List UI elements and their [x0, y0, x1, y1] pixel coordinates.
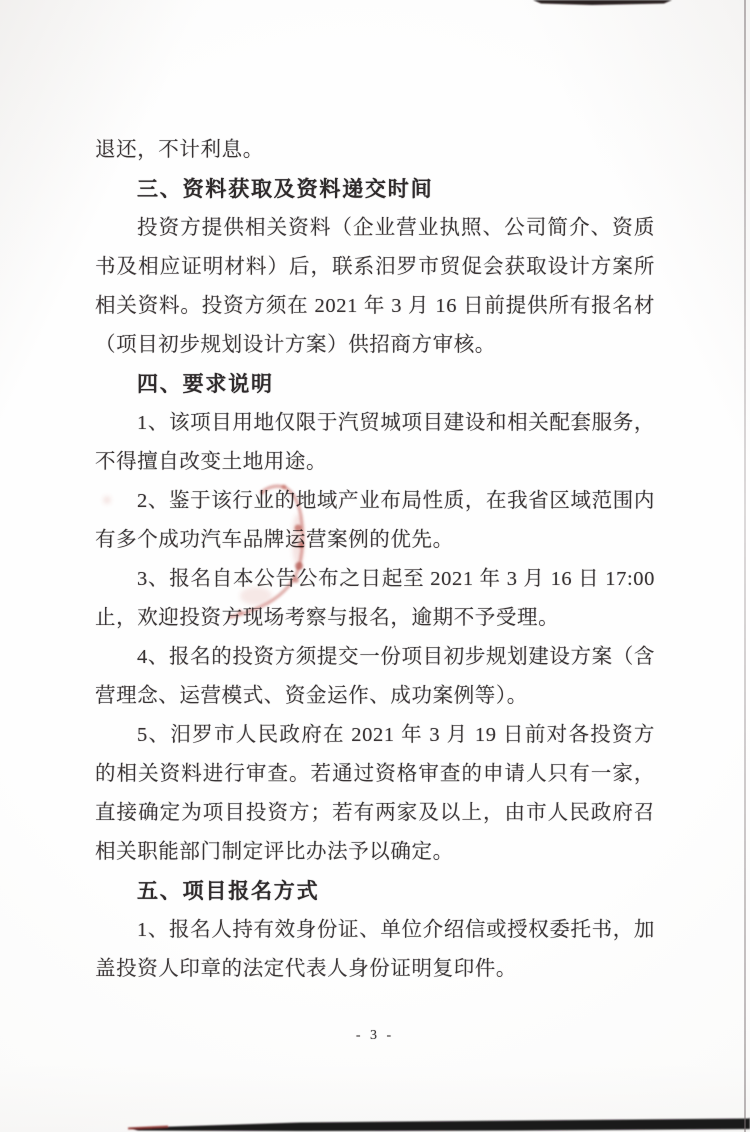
- text-line: 相关资料。投资方须在 2021 年 3 月 16 日前提供所有报名材料: [95, 287, 655, 326]
- section-heading: 五、项目报名方式: [95, 872, 655, 911]
- text-line: 止，欢迎投资方现场考察与报名，逾期不予受理。: [95, 599, 655, 638]
- scanned-document-page: 退还，不计利息。 三、资料获取及资料递交时间 投资方提供相关资料（企业营业执照、…: [0, 0, 750, 1132]
- text-line: 营理念、运营模式、资金运作、成功案例等）。: [95, 677, 655, 716]
- text-line: （项目初步规划设计方案）供招商方审核。: [95, 326, 655, 365]
- page-right-edge: [744, 0, 746, 1132]
- text-line: 盖投资人印章的法定代表人身份证明复印件。: [95, 950, 655, 989]
- text-line: 1、报名人持有效身份证、单位介绍信或授权委托书，加: [95, 911, 655, 950]
- text-line: 4、报名的投资方须提交一份项目初步规划建设方案（含经: [95, 638, 655, 677]
- text-line: 5、汨罗市人民政府在 2021 年 3 月 19 日前对各投资方提交: [95, 716, 655, 755]
- page-number: - 3 -: [0, 1028, 750, 1044]
- text-line: 不得擅自改变土地用途。: [95, 443, 655, 482]
- text-line: 1、该项目用地仅限于汽贸城项目建设和相关配套服务，: [95, 404, 655, 443]
- text-line: 3、报名自本公告公布之日起至 2021 年 3 月 16 日 17:00 截: [95, 560, 655, 599]
- text-line: 投资方提供相关资料（企业营业执照、公司简介、资质证: [95, 209, 655, 248]
- text-line: 有多个成功汽车品牌运营案例的优先。: [95, 521, 655, 560]
- text-line: 2、鉴于该行业的地域产业布局性质，在我省区域范围内: [95, 482, 655, 521]
- text-line: 退还，不计利息。: [95, 131, 655, 170]
- scan-artifact-bottom-edge: [128, 1118, 750, 1131]
- section-heading: 四、要求说明: [95, 365, 655, 404]
- text-line: 相关职能部门制定评比办法予以确定。: [95, 833, 655, 872]
- scan-artifact-top-edge: [533, 0, 672, 5]
- section-heading: 三、资料获取及资料递交时间: [95, 170, 655, 209]
- text-line: 的相关资料进行审查。若通过资格审查的申请人只有一家，则: [95, 755, 655, 794]
- text-line: 书及相应证明材料）后，联系汨罗市贸促会获取设计方案所需: [95, 248, 655, 287]
- document-body: 退还，不计利息。 三、资料获取及资料递交时间 投资方提供相关资料（企业营业执照、…: [95, 131, 655, 989]
- text-line: 直接确定为项目投资方；若有两家及以上，由市人民政府召集: [95, 794, 655, 833]
